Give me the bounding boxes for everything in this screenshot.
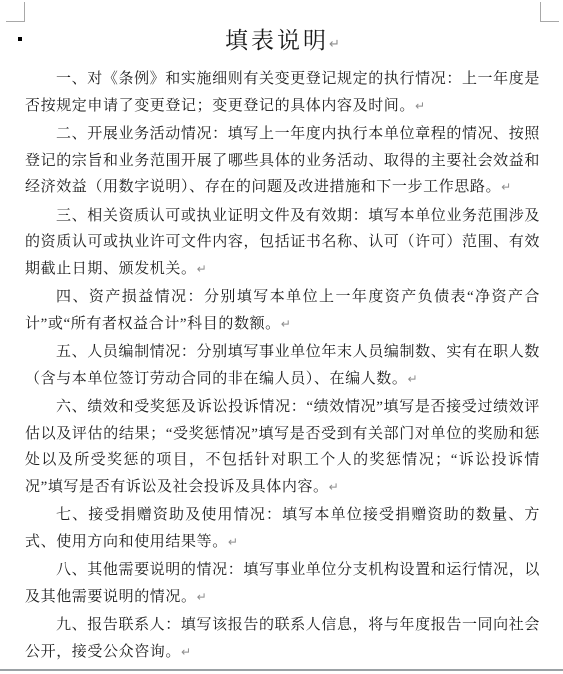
document-title: 填表说明↵ [25,26,540,60]
paragraph-mark-icon: ↵ [408,372,418,386]
document-content: 填表说明↵ 一、对《条例》和实施细则有关变更登记规定的执行情况：上一年度是否按规… [25,26,540,667]
paragraph-mark-icon: ↵ [281,317,291,331]
page-bottom-divider [0,669,563,671]
paragraph-text: 三、相关资质认可或执业证明文件及有效期：填写本单位业务范围涉及的资质认可或执业许… [25,208,540,277]
paragraph-mark-icon: ↵ [329,37,340,52]
instruction-paragraph: 二、开展业务活动情况：填写上一年度内执行本单位章程的情况、按照登记的宗旨和业务范… [25,121,540,201]
paragraph-mark-icon: ↵ [181,645,191,659]
instruction-paragraph: 七、接受捐赠资助及使用情况：填写本单位接受捐赠资助的数量、方式、使用方向和使用结… [25,502,540,555]
instruction-paragraph: 六、绩效和受奖惩及诉讼投诉情况：“绩效情况”填写是否接受过绩效评估以及评估的结果… [25,394,540,500]
paragraph-mark-icon: ↵ [415,99,425,113]
paragraph-mark-icon: ↵ [228,535,238,549]
black-square-marker [18,37,22,41]
paragraph-list: 一、对《条例》和实施细则有关变更登记规定的执行情况：上一年度是否按规定申请了变更… [25,66,540,665]
paragraph-text: 一、对《条例》和实施细则有关变更登记规定的执行情况：上一年度是否按规定申请了变更… [25,71,540,114]
document-title-text: 填表说明 [225,28,329,53]
paragraph-text: 七、接受捐赠资助及使用情况：填写本单位接受捐赠资助的数量、方式、使用方向和使用结… [25,507,540,550]
instruction-paragraph: 九、报告联系人：填写该报告的联系人信息，将与年度报告一同向社会公开，接受公众咨询… [25,612,540,665]
paragraph-text: 六、绩效和受奖惩及诉讼投诉情况：“绩效情况”填写是否接受过绩效评估以及评估的结果… [25,399,540,495]
instruction-paragraph: 一、对《条例》和实施细则有关变更登记规定的执行情况：上一年度是否按规定申请了变更… [25,66,540,119]
paragraph-text: 五、人员编制情况：分别填写事业单位年末人员编制数、实有在职人数（含与本单位签订劳… [25,344,540,387]
text-boundary-mark-top-right [540,2,559,22]
paragraph-mark-icon: ↵ [197,590,207,604]
paragraph-text: 八、其他需要说明的情况：填写事业单位分支机构设置和运行情况，以及其他需要说明的情… [25,562,540,605]
instruction-paragraph: 四、资产损益情况：分别填写本单位上一年度资产负债表“净资产合计”或“所有者权益合… [25,284,540,337]
instruction-paragraph: 三、相关资质认可或执业证明文件及有效期：填写本单位业务范围涉及的资质认可或执业许… [25,203,540,283]
instruction-paragraph: 八、其他需要说明的情况：填写事业单位分支机构设置和运行情况，以及其他需要说明的情… [25,557,540,610]
paragraph-mark-icon: ↵ [501,180,511,194]
paragraph-mark-icon: ↵ [329,480,339,494]
paragraph-mark-icon: ↵ [197,262,207,276]
paragraph-text: 二、开展业务活动情况：填写上一年度内执行本单位章程的情况、按照登记的宗旨和业务范… [25,126,540,195]
document-page: 填表说明↵ 一、对《条例》和实施细则有关变更登记规定的执行情况：上一年度是否按规… [0,0,563,674]
paragraph-text: 九、报告联系人：填写该报告的联系人信息，将与年度报告一同向社会公开，接受公众咨询… [25,617,540,660]
instruction-paragraph: 五、人员编制情况：分别填写事业单位年末人员编制数、实有在职人数（含与本单位签订劳… [25,339,540,392]
text-boundary-mark-top-left [6,2,25,22]
